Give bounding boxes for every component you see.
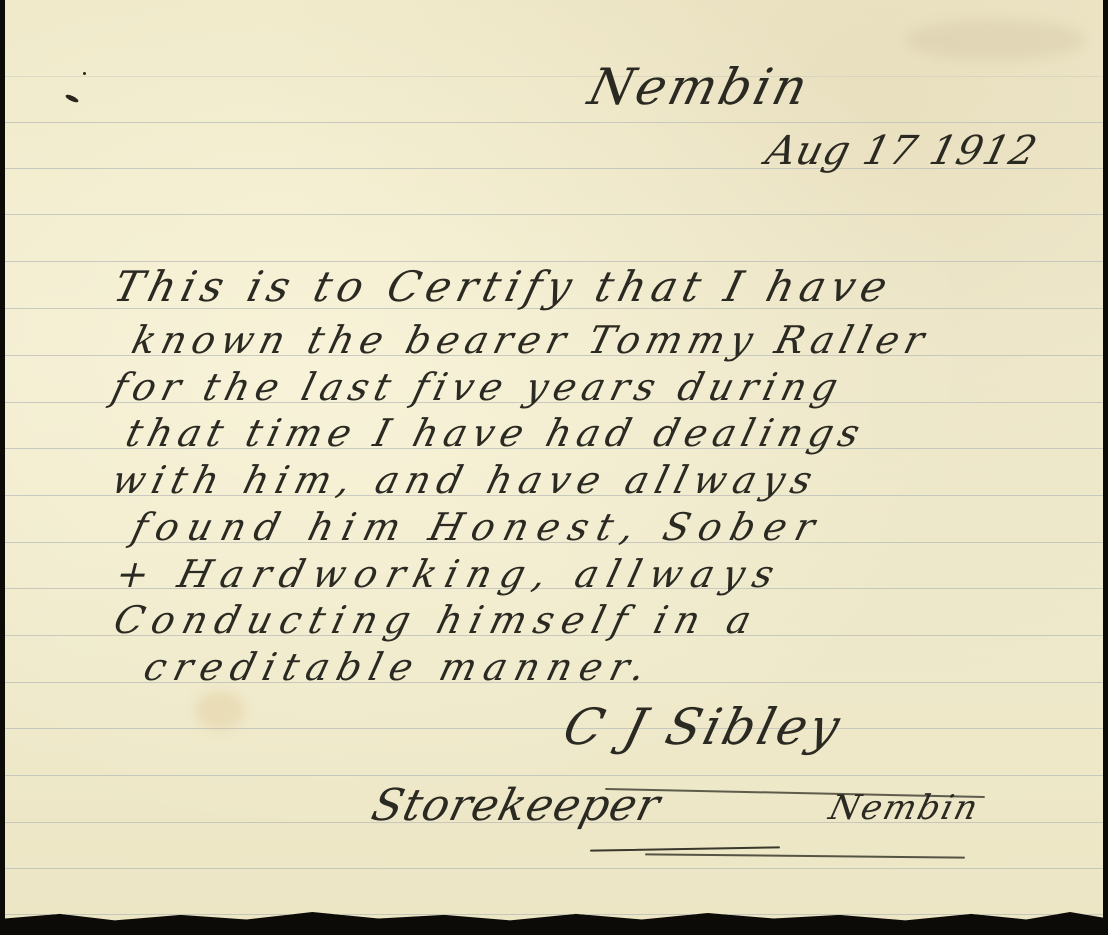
ink-speck (83, 72, 86, 75)
body-line: with him, and have allways (108, 458, 824, 502)
ruled-line (5, 76, 1103, 77)
body-line: for the last five years during (108, 365, 849, 409)
ruled-line (5, 775, 1103, 776)
body-line: that time I have had dealings (122, 411, 871, 455)
signature-underline (590, 846, 780, 851)
ruled-line (5, 214, 1103, 215)
signature-place: Nembin (825, 788, 984, 828)
header-date: Aug 17 1912 (761, 128, 1042, 174)
body-line: Conducting himself in a (110, 598, 764, 642)
signature-title: Storekeeper (367, 780, 666, 831)
ink-speck (65, 93, 80, 103)
letter-paper: Nembin Aug 17 1912 This is to Certify th… (5, 0, 1103, 925)
signature-name: C J Sibley (558, 698, 849, 756)
ruled-line (5, 122, 1103, 123)
paper-stain (905, 20, 1085, 60)
body-line: known the bearer Tommy Raller (128, 318, 935, 362)
body-line: found him Honest, Sober (128, 505, 829, 549)
body-line: + Hardworking, allways (112, 552, 788, 596)
body-line: creditable manner. (140, 645, 659, 689)
signature-underline (645, 853, 965, 858)
ruled-line (5, 914, 1103, 915)
ruled-line (5, 728, 1103, 729)
ruled-line (5, 868, 1103, 869)
body-line: This is to Certify that I have (109, 262, 898, 311)
paper-stain (195, 690, 245, 730)
header-place: Nembin (583, 58, 816, 116)
